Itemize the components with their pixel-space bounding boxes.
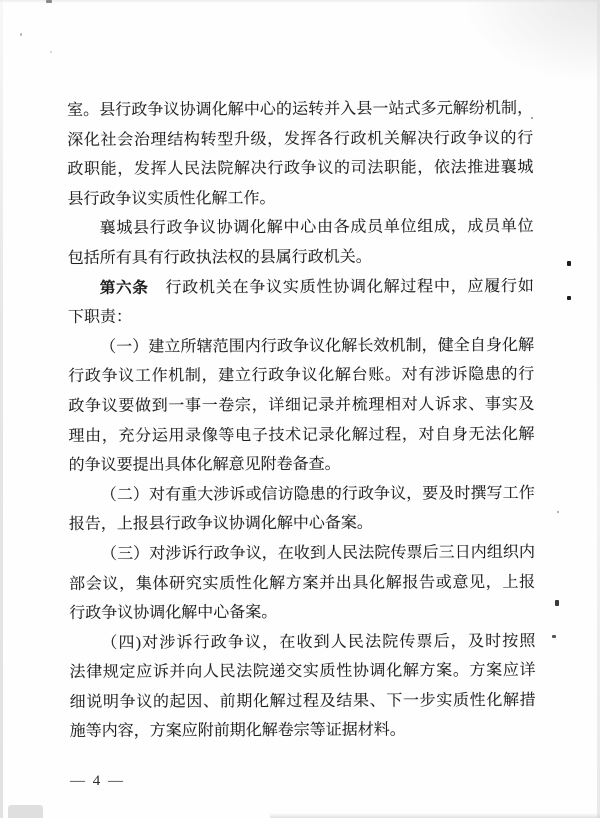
text-line: （一）建立所辖范围内行政争议化解长效机制，健全自身化解 [68,331,534,363]
article-number: 第六条 [100,279,149,296]
text-line: 县行政争议实质性化解工作。 [67,183,533,215]
text-line: 政争议要做到一事一卷宗，详细记录并梳理相对人诉求、事实及 [68,390,534,422]
scanned-document-page: 室。县行政争议协调化解中心的运转并入县一站式多元解纷机制，深化社会治理结构转型升… [0,0,600,818]
text-line: 施等内容，方案应附前期化解卷宗等证据材料。 [70,715,536,747]
text-line: 部会议，集体研究实质性化解方案并出具化解报告或意见，上报 [69,567,535,599]
document-body: 室。县行政争议协调化解中心的运转并入县一站式多元解纷机制，深化社会治理结构转型升… [67,94,536,747]
text-line: （三）对涉诉行政争议，在收到人民法院传票后三日内组织内 [69,538,535,570]
scan-speck [567,261,571,266]
scan-speck [552,635,556,638]
paragraph: （四)对涉诉行政争议，在收到人民法院传票后，及时按照法律规定应诉并向人民法院递交… [69,627,536,747]
text-line: （二）对有重大涉诉或信访隐患的行政争议，要及时撰写工作 [69,479,535,511]
scan-speck [20,33,22,36]
text-line: 的争议要提出具体化解意见附卷备查。 [69,449,535,481]
scan-bottom-shadow [270,813,600,818]
scan-speck [555,600,559,606]
paragraph: （一）建立所辖范围内行政争议化解长效机制，健全自身化解行政争议工作机制，建立行政… [68,331,535,481]
scan-speck [557,511,559,513]
text-line: 下职责： [68,301,534,333]
paragraph: 襄城县行政争议协调化解中心由各成员单位组成，成员单位包括所有具有行政执法权的县属… [68,212,534,273]
text-line: （四)对涉诉行政争议，在收到人民法院传票后，及时按照 [69,627,535,659]
text-line: 报告，上报县行政争议协调化解中心备案。 [69,508,535,540]
text-line: 包括所有具有行政执法权的县属行政机关。 [68,242,534,274]
scan-speck [50,51,52,53]
text-line: 襄城县行政争议协调化解中心由各成员单位组成，成员单位 [68,212,534,244]
paragraph: 第六条 行政机关在争议实质性协调化解过程中，应履行如下职责： [68,272,534,333]
text-line: 细说明争议的起因、前期化解过程及结果、下一步实质性化解措 [70,686,536,718]
text-line: 行政争议工作机制，建立行政争议化解台账。对有涉诉隐患的行 [68,360,534,392]
scan-artifact-tab [8,805,43,818]
paragraph: （三）对涉诉行政争议，在收到人民法院传票后三日内组织内部会议，集体研究实质性化解… [69,538,535,629]
paragraph: 室。县行政争议协调化解中心的运转并入县一站式多元解纷机制，深化社会治理结构转型升… [67,94,534,214]
text-line: 政职能，发挥人民法院解决行政争议的司法职能，依法推进襄城 [67,153,533,185]
text-line: 室。县行政争议协调化解中心的运转并入县一站式多元解纷机制， [67,94,533,126]
text-line: 第六条 行政机关在争议实质性协调化解过程中，应履行如 [68,272,534,304]
scan-edge-left [0,0,3,818]
paragraph: （二）对有重大涉诉或信访隐患的行政争议，要及时撰写工作报告，上报县行政争议协调化… [69,479,535,540]
page-number: — 4 — [70,773,125,790]
text-line: 深化社会治理结构转型升级，发挥各行政机关解决行政争议的行 [67,124,533,156]
scan-speck [567,296,571,300]
scan-speck [46,0,52,3]
text-line: 法律规定应诉并向人民法院递交实质性协调化解方案。方案应详 [69,656,535,688]
text-line: 行政争议协调化解中心备案。 [69,597,535,629]
text-line: 理由，充分运用录像等电子技术记录化解过程，对自身无法化解 [68,419,534,451]
scan-corner-shadow [460,0,600,85]
